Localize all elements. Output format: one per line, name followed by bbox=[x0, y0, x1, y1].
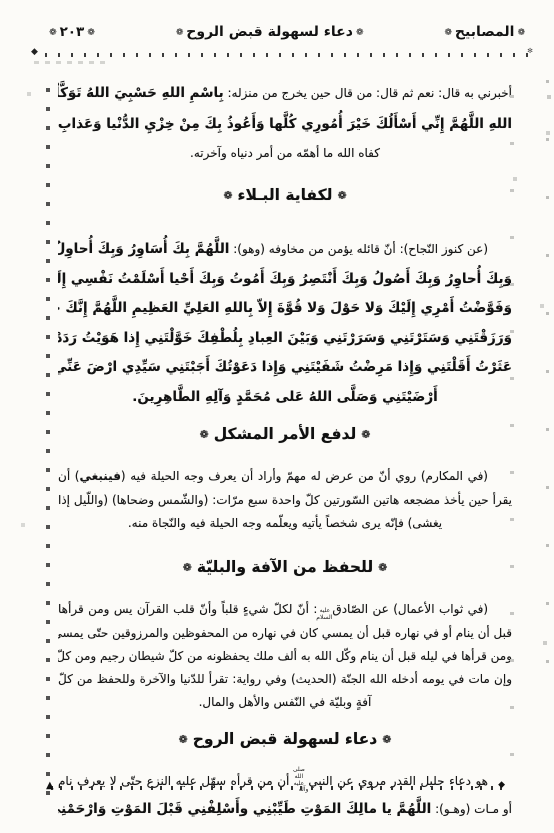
book-page: ❁المصابيح❁ ❁دعاء لسهولة قبض الروح❁ ❁٢٠٣❁… bbox=[0, 0, 554, 833]
text-segment: عَثَرْتُ أَقَلْتَنِي وَإِذا مَرِضْتُ شَف… bbox=[58, 359, 512, 375]
text-segment: وَبِكَ أُحاوِرُ وَبِكَ أَصُولُ وَبِكَ أَ… bbox=[58, 271, 512, 287]
chapter-title: ❁دعاء لسهولة قبض الروح❁ bbox=[173, 24, 367, 40]
text-segment: اللهِ اللَّهُمَّ إِنِّي أَسْأَلُكَ خَيْر… bbox=[58, 116, 512, 132]
text-line: ومن قرأها في ليله قبل أن ينام وكّل الله … bbox=[58, 644, 512, 667]
section-heading-text: دعاء لسهولة قبض الروح bbox=[193, 730, 377, 748]
text-segment: أو مـات (وهـو): bbox=[431, 802, 512, 816]
text-line: وَبِكَ أُحاوِرُ وَبِكَ أَصُولُ وَبِكَ أَ… bbox=[58, 264, 512, 294]
text-segment: كفاه الله ما أهمّه من أمر دنياه وآخرته. bbox=[190, 146, 380, 160]
text-line: كفاه الله ما أهمّه من أمر دنياه وآخرته. bbox=[58, 139, 512, 166]
book-title-text: المصابيح bbox=[455, 24, 515, 40]
text-segment: فينبغي bbox=[79, 469, 120, 483]
diamond-ornament-icon: ◆ bbox=[31, 47, 38, 57]
scan-specks bbox=[0, 0, 2, 2]
text-line: قبل أن ينام أو في نهاره قبل أن يمسي كان … bbox=[58, 621, 512, 644]
text-segment: يقرأ حين يأخذ مضجعه هاتين السّورتين كلّ … bbox=[58, 493, 512, 507]
text-line: آفةٍ وبليّة في النّفس والأهل والمال. bbox=[58, 690, 512, 713]
page-edge-artifacts bbox=[546, 80, 549, 700]
flower-ornament-icon: ❁ bbox=[517, 28, 525, 38]
flower-ornament-icon: ❁ bbox=[356, 28, 364, 38]
text-segment: اللَّهُمَّ يا مالِكَ المَوْتِ طَيِّبْنِي… bbox=[58, 801, 431, 817]
paragraph: (في المكارم) روي أنّ من عرض له مهمّ وأرا… bbox=[58, 464, 512, 535]
flower-ornament-icon: ❁ bbox=[444, 28, 452, 38]
text-segment: آفةٍ وبليّة في النّفس والأهل والمال. bbox=[199, 695, 372, 709]
text-line: هو دعاء جليل القدر مروي عن النبيصلى الله… bbox=[58, 767, 512, 795]
paragraph: هو دعاء جليل القدر مروي عن النبيصلى الله… bbox=[58, 767, 512, 822]
text-line: (في المكارم) روي أنّ من عرض له مهمّ وأرا… bbox=[58, 464, 512, 488]
text-segment: (في ثواب الأعمال) عن الصّادق bbox=[332, 602, 488, 616]
chapter-title-text: دعاء لسهولة قبض الروح bbox=[186, 24, 353, 40]
section-heading-text: لدفع الأمر المشكل bbox=[214, 425, 357, 443]
text-line: وإن مات في يومه أدخله الله الجنّة (الحدي… bbox=[58, 667, 512, 690]
text-line: يقرأ حين يأخذ مضجعه هاتين السّورتين كلّ … bbox=[58, 488, 512, 512]
text-line: (في ثواب الأعمال) عن الصّادقعليه السلام:… bbox=[58, 597, 512, 622]
text-line: أَرْضَيْتَنِي وَصَلَّى اللهُ عَلى مُحَمَ… bbox=[58, 382, 512, 412]
page-number: ❁٢٠٣❁ bbox=[46, 24, 98, 40]
page-header: ❁المصابيح❁ ❁دعاء لسهولة قبض الروح❁ ❁٢٠٣❁ bbox=[0, 0, 554, 46]
section-heading: ❁لكفاية البـلاء❁ bbox=[58, 183, 512, 208]
flower-ornament-icon: ❁ bbox=[337, 189, 346, 202]
section-heading: ❁دعاء لسهولة قبض الروح❁ bbox=[58, 727, 512, 752]
star-ornament-icon: ✻ bbox=[527, 47, 533, 55]
honorific-mark: عليه السلام bbox=[317, 608, 332, 621]
text-segment: وإن مات في يومه أدخله الله الجنّة (الحدي… bbox=[58, 672, 512, 686]
text-line: (عن كنوز النّجاح): أنّ قائله يؤمن من مخا… bbox=[58, 234, 512, 264]
section-heading-text: لكفاية البـلاء bbox=[238, 186, 333, 204]
paragraph: (في ثواب الأعمال) عن الصّادقعليه السلام:… bbox=[58, 597, 512, 714]
flower-ornament-icon: ❁ bbox=[49, 28, 57, 38]
text-segment: اللَّهُمَّ بِكَ أُسَاوِرُ وَبِكَ أُحاوِل… bbox=[58, 241, 229, 257]
flower-ornament-icon: ❁ bbox=[223, 189, 232, 202]
text-line: وَرَزَقْتَنِي وَسَتَرْتَنِي وَسَرَرْتَنِ… bbox=[58, 323, 512, 353]
text-line: أو مـات (وهـو): اللَّهُمَّ يا مالِكَ الم… bbox=[58, 795, 512, 823]
text-segment: بِاسْمِ اللهِ حَسْبِيَ اللهُ تَوَكَّلْتُ… bbox=[58, 85, 224, 101]
footer-divider: ▲ ◆ bbox=[50, 786, 502, 790]
text-segment: وَفَوَّضْتُ أَمْرِي إِلَيْكَ وَلا حَوْلَ… bbox=[58, 300, 512, 316]
honorific-mark: صلى الله عليه وآله bbox=[289, 767, 308, 794]
text-segment: يغشى) فإنّه يرى شخصاً يأتيه ويعلّمه وجه … bbox=[128, 516, 442, 530]
flower-ornament-icon: ❁ bbox=[200, 428, 209, 441]
diamond-ornament-icon: ◆ bbox=[498, 780, 505, 790]
flower-ornament-icon: ❁ bbox=[183, 561, 192, 574]
text-segment: أخبرني به قال: نعم ثم قال: من قال حين يخ… bbox=[224, 86, 512, 100]
section-heading: ❁لدفع الأمر المشكل❁ bbox=[58, 422, 512, 447]
section-heading-text: للحفظ من الآفة والبليّة bbox=[197, 558, 373, 576]
text-line: يغشى) فإنّه يرى شخصاً يأتيه ويعلّمه وجه … bbox=[58, 511, 512, 535]
flower-ornament-icon: ❁ bbox=[87, 28, 95, 38]
text-line: وَفَوَّضْتُ أَمْرِي إِلَيْكَ وَلا حَوْلَ… bbox=[58, 293, 512, 323]
text-segment: أَرْضَيْتَنِي وَصَلَّى اللهُ عَلى مُحَمَ… bbox=[132, 389, 437, 405]
text-line: اللهِ اللَّهُمَّ إِنِّي أَسْأَلُكَ خَيْر… bbox=[58, 108, 512, 139]
flower-ornament-icon: ❁ bbox=[382, 733, 391, 746]
flower-ornament-icon: ❁ bbox=[361, 428, 370, 441]
paragraph: أخبرني به قال: نعم ثم قال: من قال حين يخ… bbox=[58, 77, 512, 166]
text-segment: : أنّ لكلّ شيءٍ قلباً وأنّ قلب القرآن يس… bbox=[58, 602, 317, 616]
flower-ornament-icon: ❁ bbox=[179, 733, 188, 746]
text-segment: وَرَزَقْتَنِي وَسَتَرْتَنِي وَسَرَرْتَنِ… bbox=[58, 330, 512, 346]
section-heading: ❁للحفظ من الآفة والبليّة❁ bbox=[58, 555, 512, 580]
text-segment: ومن قرأها في ليله قبل أن ينام وكّل الله … bbox=[58, 649, 512, 663]
text-segment: ) أن bbox=[58, 469, 79, 483]
flower-ornament-icon: ❁ bbox=[176, 28, 184, 38]
page-content: أخبرني به قال: نعم ثم قال: من قال حين يخ… bbox=[58, 46, 512, 822]
book-title: ❁المصابيح❁ bbox=[441, 24, 528, 40]
text-line: أخبرني به قال: نعم ثم قال: من قال حين يخ… bbox=[58, 77, 512, 108]
right-margin-dotted-border bbox=[510, 95, 514, 795]
text-segment: (عن كنوز النّجاح): أنّ قائله يؤمن من مخا… bbox=[229, 242, 488, 256]
paragraph: (عن كنوز النّجاح): أنّ قائله يؤمن من مخا… bbox=[58, 234, 512, 411]
text-line: عَثَرْتُ أَقَلْتَنِي وَإِذا مَرِضْتُ شَف… bbox=[58, 352, 512, 382]
text-segment: قبل أن ينام أو في نهاره قبل أن يمسي كان … bbox=[58, 626, 512, 640]
left-margin-dotted-border bbox=[46, 88, 50, 804]
flower-ornament-icon: ❁ bbox=[378, 561, 387, 574]
text-segment: (في المكارم) روي أنّ من عرض له مهمّ وأرا… bbox=[121, 469, 488, 483]
page-number-text: ٢٠٣ bbox=[60, 24, 85, 40]
